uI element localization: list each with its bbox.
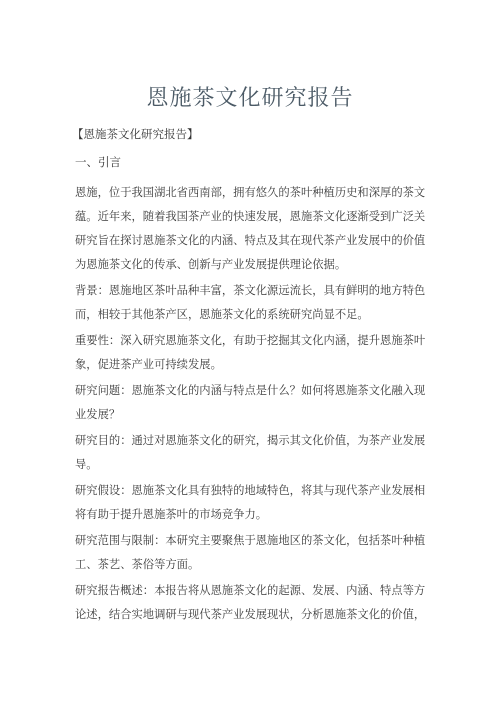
text-line: 恩施，位于我国湖北省西南部，拥有悠久的茶叶种植历史和深厚的茶文化底 bbox=[75, 181, 425, 205]
text-line: 将有助于提升恩施茶叶的市场竞争力。 bbox=[75, 503, 425, 527]
text-line: 业发展？ bbox=[75, 403, 425, 427]
paragraph-scope-limitations: 研究范围与限制：本研究主要聚焦于恩施地区的茶文化，包括茶叶种植、加 工、茶艺、茶… bbox=[75, 529, 425, 577]
text-line: 导。 bbox=[75, 453, 425, 477]
document-body: 【恩施茶文化研究报告】 一、引言 恩施，位于我国湖北省西南部，拥有悠久的茶叶种植… bbox=[75, 126, 425, 629]
text-line: 研究范围与限制：本研究主要聚焦于恩施地区的茶文化，包括茶叶种植、加 bbox=[75, 529, 425, 553]
text-line: 研究目的：通过对恩施茶文化的研究，揭示其文化价值，为茶产业发展提供指 bbox=[75, 429, 425, 453]
document-title: 恩施茶文化研究报告 bbox=[0, 84, 500, 114]
text-line: 而，相较于其他茶产区，恩施茶文化的系统研究尚显不足。 bbox=[75, 303, 425, 327]
text-line: 研究旨在探讨恩施茶文化的内涵、特点及其在现代茶产业发展中的价值，以期 bbox=[75, 229, 425, 253]
text-line: 蕴。近年来，随着我国茶产业的快速发展，恩施茶文化逐渐受到广泛关注。本 bbox=[75, 205, 425, 229]
report-label: 【恩施茶文化研究报告】 bbox=[72, 126, 425, 142]
section-heading-introduction: 一、引言 bbox=[75, 154, 425, 170]
text-line: 研究问题：恩施茶文化的内涵与特点是什么？如何将恩施茶文化融入现代茶产 bbox=[75, 379, 425, 403]
paragraph-importance: 重要性：深入研究恩施茶文化，有助于挖掘其文化内涵，提升恩施茶叶品牌形 象，促进茶… bbox=[75, 329, 425, 377]
paragraph-overview: 恩施，位于我国湖北省西南部，拥有悠久的茶叶种植历史和深厚的茶文化底 蕴。近年来，… bbox=[75, 181, 425, 277]
paragraph-report-summary: 研究报告概述：本报告将从恩施茶文化的起源、发展、内涵、特点等方面展开 论述，结合… bbox=[75, 579, 425, 627]
text-line: 研究假设：恩施茶文化具有独特的地域特色，将其与现代茶产业发展相结合， bbox=[75, 479, 425, 503]
text-line: 工、茶艺、茶俗等方面。 bbox=[75, 553, 425, 577]
text-line: 研究报告概述：本报告将从恩施茶文化的起源、发展、内涵、特点等方面展开 bbox=[75, 579, 425, 603]
paragraph-research-purpose: 研究目的：通过对恩施茶文化的研究，揭示其文化价值，为茶产业发展提供指 导。 bbox=[75, 429, 425, 477]
text-line: 论述，结合实地调研与现代茶产业发展现状，分析恩施茶文化的价值，探讨其 bbox=[75, 603, 425, 627]
paragraph-hypothesis: 研究假设：恩施茶文化具有独特的地域特色，将其与现代茶产业发展相结合， 将有助于提… bbox=[75, 479, 425, 527]
text-line: 背景：恩施地区茶叶品种丰富，茶文化源远流长，具有鲜明的地方特色。然 bbox=[75, 279, 425, 303]
text-line: 重要性：深入研究恩施茶文化，有助于挖掘其文化内涵，提升恩施茶叶品牌形 bbox=[75, 329, 425, 353]
paragraph-background: 背景：恩施地区茶叶品种丰富，茶文化源远流长，具有鲜明的地方特色。然 而，相较于其… bbox=[75, 279, 425, 327]
text-line: 象，促进茶产业可持续发展。 bbox=[75, 353, 425, 377]
document-page: 恩施茶文化研究报告 【恩施茶文化研究报告】 一、引言 恩施，位于我国湖北省西南部… bbox=[0, 0, 500, 707]
paragraph-research-questions: 研究问题：恩施茶文化的内涵与特点是什么？如何将恩施茶文化融入现代茶产 业发展？ bbox=[75, 379, 425, 427]
text-line: 为恩施茶文化的传承、创新与产业发展提供理论依据。 bbox=[75, 253, 425, 277]
